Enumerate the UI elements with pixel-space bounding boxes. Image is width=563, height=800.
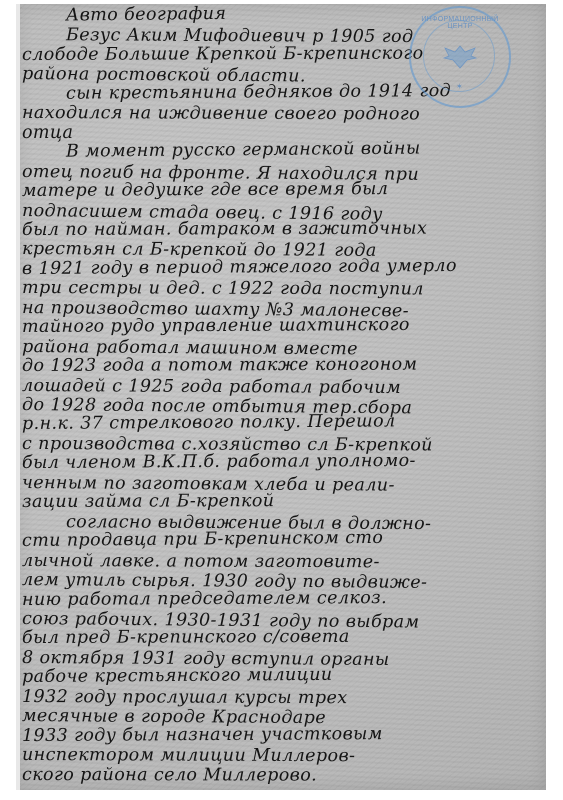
handwritten-line: лычной лавке. а потом заготовите-	[22, 551, 380, 572]
handwritten-line: зации займа сл Б-крепкой	[22, 491, 275, 512]
handwritten-line: ского района село Миллерово.	[22, 765, 317, 786]
scanned-page: Авто беографияБезус Аким Мифодиевич р 19…	[16, 4, 546, 790]
official-stamp: ИНФОРМАЦИОННЫЙ ЦЕНТР ✶	[409, 6, 511, 108]
handwritten-line: инспектором милиции Миллеров-	[22, 745, 355, 766]
stamp-text: ИНФОРМАЦИОННЫЙ ЦЕНТР	[411, 16, 509, 30]
handwritten-line: был членом В.К.П.б. работал уполномо-	[22, 451, 416, 473]
handwritten-line: в 1921 году в период тяжелого года умерл…	[22, 256, 457, 279]
handwritten-line: три сестры и дед. с 1922 года поступил	[22, 278, 424, 299]
handwritten-line: 1932 году прослушал курсы трех	[22, 687, 348, 708]
handwritten-line: рабоче крестьянского милиции	[22, 665, 333, 687]
handwritten-line: до 1923 года а потом также коногоном	[22, 355, 418, 376]
handwritten-line: сти продавца при Б-крепинском сто	[22, 528, 383, 551]
handwritten-line: был пред Б-крепинского с/совета	[22, 627, 350, 648]
star-icon: ✶	[456, 82, 463, 91]
handwritten-line: 1933 году был назначен участковым	[22, 724, 383, 746]
handwritten-line: Авто беография	[24, 4, 227, 26]
handwritten-line: р.н.к. 37 стрелкового полку. Перешол	[22, 412, 396, 435]
handwritten-line: нию работал председателем селкоз.	[22, 588, 387, 610]
double-headed-eagle-icon	[441, 42, 479, 70]
handwritten-line: лошадей с 1925 года работал рабочим	[22, 376, 401, 398]
handwritten-line: тайного рудо управление шахтинского	[22, 315, 410, 337]
handwritten-line: был по найман. батраком в зажиточных	[22, 219, 427, 240]
handwritten-line: находился на иждивение своего родного	[22, 103, 420, 124]
handwritten-line: В момент русско германской войны	[24, 139, 421, 162]
handwritten-line: слободе Большие Крепкой Б-крепинского	[22, 43, 424, 64]
handwritten-line: отца	[22, 123, 73, 143]
handwritten-line: сын крестьянина бедняков до 1914 год	[24, 81, 451, 104]
handwritten-line: матере и дедушке где все время был	[22, 179, 388, 201]
